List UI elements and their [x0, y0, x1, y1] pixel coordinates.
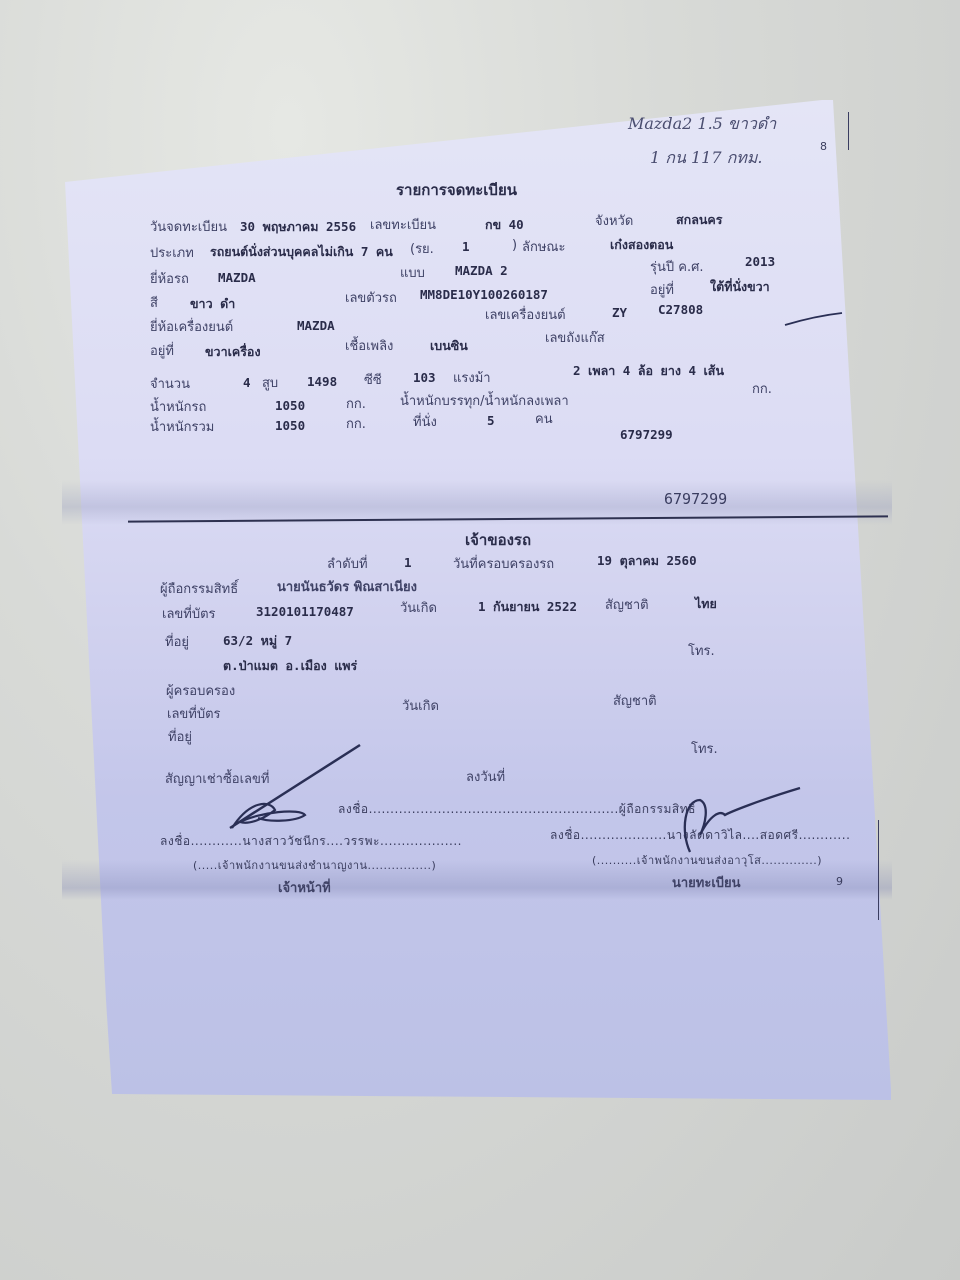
signature-strokes — [0, 0, 960, 1280]
